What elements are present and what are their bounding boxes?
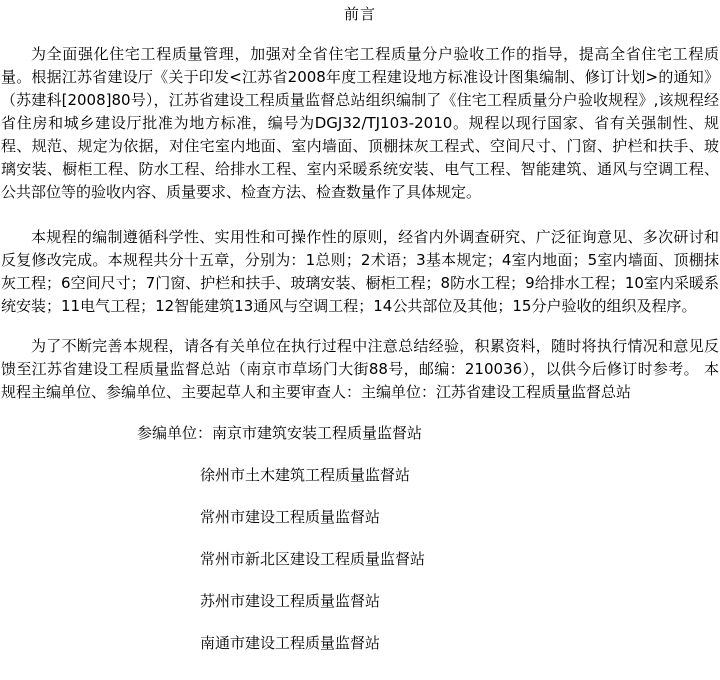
page-title: 前言 [0,0,720,22]
co-editor-item: 常州市建设工程质量监督站 [0,506,720,529]
paragraph-chapter-list: 本规程的编制遵循科学性、实用性和可操作性的原则，经省内外调查研究、广泛征询意见、… [1,226,719,318]
co-editor-item: 常州市新北区建设工程质量监督站 [0,548,720,571]
co-editor-item: 徐州市土木建筑工程质量监督站 [0,464,720,487]
co-editor-list: 参编单位：南京市建筑安装工程质量监督站 徐州市土木建筑工程质量监督站 常州市建设… [0,422,720,655]
document-page: 前言 为全面强化住宅工程质量管理，加强对全省住宅工程质量分户验收工作的指导，提高… [0,0,720,680]
paragraph-intro: 为全面强化住宅工程质量管理，加强对全省住宅工程质量分户验收工作的指导，提高全省住… [1,43,719,204]
co-editor-item: 苏州市建设工程质量监督站 [0,590,720,613]
paragraph-feedback-and-chief-editor: 为了不断完善本规程，请各有关单位在执行过程中注意总结经验，积累资料，随时将执行情… [1,335,719,404]
co-editor-lead-line: 参编单位：南京市建筑安装工程质量监督站 [0,422,720,445]
co-editor-item: 南通市建设工程质量监督站 [0,632,720,655]
